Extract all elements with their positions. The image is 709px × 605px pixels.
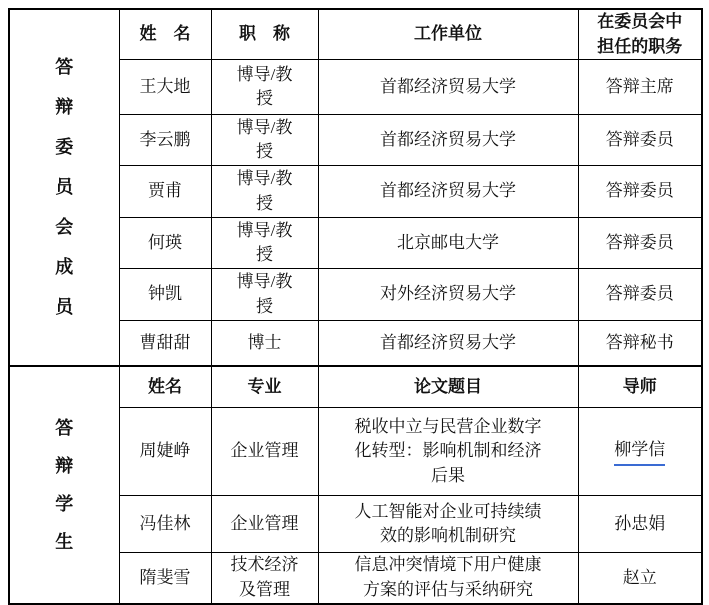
column-header-major: 专业 <box>211 366 318 408</box>
column-header-student-name: 姓名 <box>119 366 211 408</box>
thesis-title: 税收中立与民营企业数字化转型：影响机制和经济后果 <box>318 408 578 496</box>
member-name: 李云鹏 <box>119 115 211 166</box>
member-role: 答辩委员 <box>578 166 702 218</box>
member-work-unit: 首都经济贸易大学 <box>318 321 578 366</box>
member-role: 答辩委员 <box>578 269 702 321</box>
member-role: 答辩委员 <box>578 115 702 166</box>
member-name: 钟凯 <box>119 269 211 321</box>
column-header-name: 姓 名 <box>119 9 211 60</box>
member-title: 博导/教授 <box>211 60 318 115</box>
committee-group-cell: 答辩委员会成员 <box>9 9 119 366</box>
column-header-thesis: 论文题目 <box>318 366 578 408</box>
advisor-name: 孙忠娟 <box>578 496 702 553</box>
column-header-title: 职 称 <box>211 9 318 60</box>
thesis-title: 人工智能对企业可持续绩效的影响机制研究 <box>318 496 578 553</box>
member-work-unit: 首都经济贸易大学 <box>318 115 578 166</box>
committee-header-row: 答辩委员会成员 姓 名 职 称 工作单位 在委员会中担任的职务 <box>9 9 702 60</box>
member-work-unit: 北京邮电大学 <box>318 218 578 269</box>
member-role: 答辩主席 <box>578 60 702 115</box>
member-title: 博导/教授 <box>211 115 318 166</box>
students-group-label: 答辩学生 <box>53 409 76 561</box>
member-name: 何瑛 <box>119 218 211 269</box>
defense-table: 答辩委员会成员 姓 名 职 称 工作单位 在委员会中担任的职务 王大地 博导/教… <box>8 8 703 605</box>
students-group-cell: 答辩学生 <box>9 366 119 604</box>
member-role: 答辩委员 <box>578 218 702 269</box>
member-title: 博导/教授 <box>211 269 318 321</box>
student-major: 技术经济及管理 <box>211 553 318 604</box>
column-header-advisor: 导师 <box>578 366 702 408</box>
column-header-role: 在委员会中担任的职务 <box>578 9 702 60</box>
member-work-unit: 首都经济贸易大学 <box>318 166 578 218</box>
committee-group-label: 答辩委员会成员 <box>53 47 76 327</box>
advisor-name: 赵立 <box>578 553 702 604</box>
advisor-link: 柳学信 <box>614 438 665 466</box>
document-page: 答辩委员会成员 姓 名 职 称 工作单位 在委员会中担任的职务 王大地 博导/教… <box>0 0 709 605</box>
student-name: 隋斐雪 <box>119 553 211 604</box>
column-header-unit: 工作单位 <box>318 9 578 60</box>
member-title: 博士 <box>211 321 318 366</box>
student-name: 冯佳林 <box>119 496 211 553</box>
member-title: 博导/教授 <box>211 218 318 269</box>
student-name: 周婕峥 <box>119 408 211 496</box>
member-name: 贾甫 <box>119 166 211 218</box>
student-major: 企业管理 <box>211 408 318 496</box>
student-major: 企业管理 <box>211 496 318 553</box>
thesis-title: 信息冲突情境下用户健康方案的评估与采纳研究 <box>318 553 578 604</box>
member-work-unit: 首都经济贸易大学 <box>318 60 578 115</box>
students-header-row: 答辩学生 姓名 专业 论文题目 导师 <box>9 366 702 408</box>
member-role: 答辩秘书 <box>578 321 702 366</box>
member-work-unit: 对外经济贸易大学 <box>318 269 578 321</box>
member-name: 曹甜甜 <box>119 321 211 366</box>
member-name: 王大地 <box>119 60 211 115</box>
advisor-name: 柳学信 <box>578 408 702 496</box>
member-title: 博导/教授 <box>211 166 318 218</box>
